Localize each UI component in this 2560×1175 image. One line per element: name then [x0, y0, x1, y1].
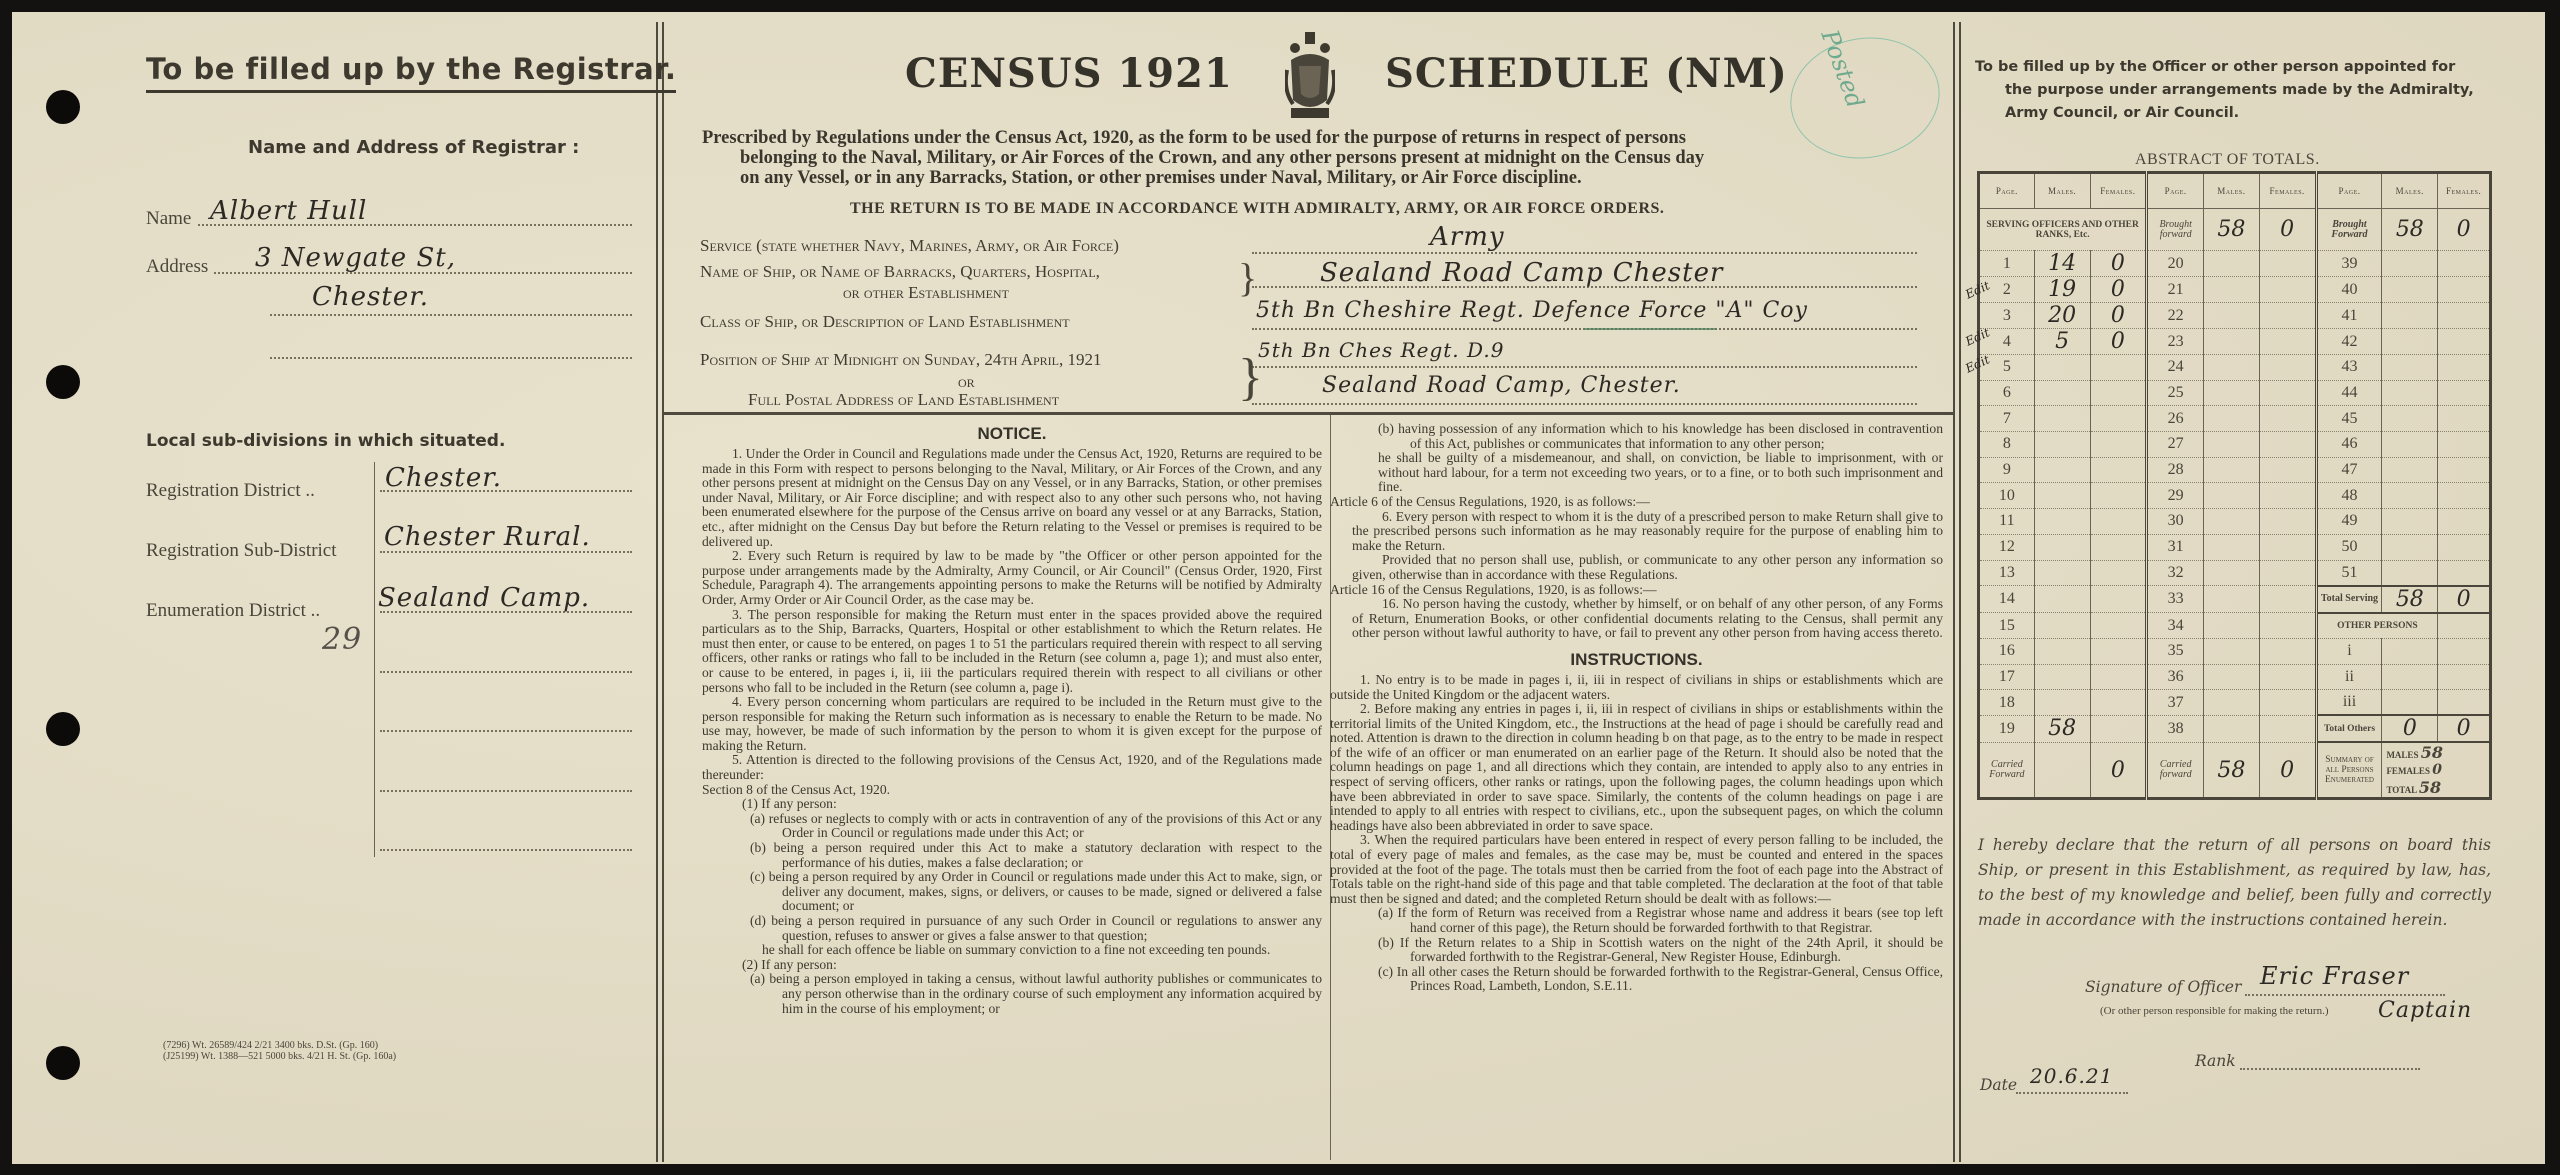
females-cell[interactable]: [2259, 534, 2316, 560]
brace: }: [1238, 352, 1263, 404]
females-cell[interactable]: [2090, 613, 2147, 639]
males-cell[interactable]: [2204, 509, 2260, 535]
males-cell[interactable]: [2382, 251, 2438, 277]
page-number: 41: [2316, 303, 2382, 329]
females-cell[interactable]: [2259, 664, 2316, 690]
males-cell[interactable]: [2204, 303, 2260, 329]
summary-males-label: MALES: [2386, 750, 2418, 760]
males-cell[interactable]: 5: [2034, 329, 2090, 355]
table-row: 133251: [1979, 560, 2491, 586]
officer-panel-heading: To be filled up by the Officer or other …: [1975, 56, 2495, 125]
other-persons-page: ii: [2316, 664, 2382, 690]
females-cell[interactable]: [2438, 355, 2491, 381]
page-number: 29: [2147, 483, 2204, 509]
page-number: 40: [2316, 277, 2382, 303]
summary-females-row: FEMALES 0: [2386, 762, 2489, 778]
females-cell[interactable]: [2090, 534, 2147, 560]
blank-field[interactable]: [380, 849, 632, 851]
females-cell[interactable]: [2090, 457, 2147, 483]
males-cell[interactable]: [2204, 715, 2260, 742]
article-text: 16. No person having the custody, whethe…: [1330, 597, 1943, 641]
instruction-subclause: (b) If the Return relates to a Ship in S…: [1330, 936, 1943, 965]
registrar-address-field-3[interactable]: [270, 357, 632, 359]
registration-district-label: Registration District ..: [146, 480, 315, 502]
column-header-page: Page.: [1979, 173, 2035, 209]
brought-forward-females[interactable]: 0: [2438, 209, 2491, 251]
date-field[interactable]: [2016, 1092, 2128, 1094]
carried-forward-row: Carried Forward0Carried forward580Summar…: [1979, 742, 2491, 799]
registration-sub-district-label: Registration Sub-District: [146, 540, 337, 562]
summary-females-label: FEMALES: [2386, 766, 2430, 776]
registrar-address-line2: Chester.: [312, 282, 429, 312]
brought-forward-males[interactable]: 58: [2204, 209, 2260, 251]
enumeration-number: 29: [322, 622, 362, 657]
article-text: 6. Every person with respect to whom it …: [1330, 510, 1943, 554]
carried-forward-males[interactable]: 58: [2204, 742, 2260, 799]
page-number: 36: [2147, 664, 2204, 690]
registration-district-value: Chester.: [385, 463, 502, 493]
instruction-paragraph: 2. Before making any entries in pages i,…: [1330, 702, 1943, 833]
prescribed-paragraph: Prescribed by Regulations under the Cens…: [690, 128, 1940, 188]
males-cell[interactable]: [2204, 380, 2260, 406]
females-cell[interactable]: 0: [2090, 277, 2147, 303]
females-cell[interactable]: [2438, 638, 2491, 664]
green-underline-mark: [1585, 322, 1715, 330]
table-row: SERVING OFFICERS AND OTHER RANKS, Etc. B…: [1979, 209, 2491, 251]
carried-forward-label: Carried forward: [2147, 742, 2204, 799]
males-cell[interactable]: [2204, 251, 2260, 277]
table-row: 1433Total Serving580: [1979, 586, 2491, 613]
officer-declaration: I hereby declare that the return of all …: [1978, 833, 2491, 933]
table-row: 72645: [1979, 406, 2491, 432]
date-label: Date: [1980, 1076, 2017, 1094]
column-divider: [656, 22, 664, 1162]
column-divider: [1953, 22, 1961, 1162]
females-cell[interactable]: [2090, 483, 2147, 509]
summary-males-value[interactable]: 58: [2421, 743, 2443, 762]
page-number: 48: [2316, 483, 2382, 509]
page-number: 49: [2316, 509, 2382, 535]
females-cell[interactable]: [2090, 586, 2147, 613]
notice-paragraph: 5. Attention is directed to the followin…: [702, 753, 1322, 782]
page-number: 51: [2316, 560, 2382, 586]
females-cell[interactable]: [2259, 277, 2316, 303]
females-cell[interactable]: [2090, 560, 2147, 586]
males-cell[interactable]: [2204, 483, 2260, 509]
females-cell[interactable]: [2090, 380, 2147, 406]
postal-address-value: Sealand Road Camp, Chester.: [1322, 373, 1681, 398]
total-others-males[interactable]: 0: [2382, 715, 2438, 742]
registrar-address-field-2[interactable]: [270, 314, 632, 316]
punch-hole: [46, 1046, 80, 1080]
prescribed-line: belonging to the Naval, Military, or Air…: [690, 148, 1940, 168]
females-cell[interactable]: [2259, 303, 2316, 329]
abstract-of-totals-table: Page. Males. Females. Page. Males. Femal…: [1977, 171, 2492, 800]
table-row: 1635i: [1979, 638, 2491, 664]
females-cell[interactable]: [2438, 534, 2491, 560]
establishment-class-label: Class of Ship, or Description of Land Es…: [700, 312, 1070, 332]
page-number: 19: [1979, 715, 2035, 742]
page-number: 27: [2147, 432, 2204, 458]
females-cell[interactable]: [2438, 664, 2491, 690]
brace: }: [1238, 258, 1257, 298]
males-cell[interactable]: [2204, 638, 2260, 664]
males-cell[interactable]: [2204, 560, 2260, 586]
males-cell[interactable]: [2034, 613, 2090, 639]
page-number: 6: [1979, 380, 2035, 406]
notice-subclause: (a) refuses or neglects to comply with o…: [702, 812, 1322, 841]
page-number: 46: [2316, 432, 2382, 458]
females-cell[interactable]: [2090, 715, 2147, 742]
males-cell[interactable]: [2204, 690, 2260, 716]
establishment-name-label-2: or other Establishment: [843, 283, 1009, 303]
registrar-panel-title: To be filled up by the Registrar.: [146, 52, 676, 93]
schedule-title: SCHEDULE (NM): [1385, 50, 1788, 97]
notice-clause: (1) If any person:: [702, 797, 1322, 812]
officer-heading-line: Army Council, or Air Council.: [1975, 102, 2495, 125]
page-number: 8: [1979, 432, 2035, 458]
males-cell[interactable]: [2382, 560, 2438, 586]
notice-penalty: he shall be guilty of a misdemeanour, an…: [1330, 451, 1943, 495]
males-cell[interactable]: [2034, 509, 2090, 535]
page-number: 47: [2316, 457, 2382, 483]
females-cell[interactable]: [2438, 303, 2491, 329]
males-cell[interactable]: [2204, 534, 2260, 560]
males-cell[interactable]: [2034, 380, 2090, 406]
table-header-row: Page. Males. Females. Page. Males. Femal…: [1979, 173, 2491, 209]
page-number: 1: [1979, 251, 2035, 277]
males-cell[interactable]: [2034, 483, 2090, 509]
males-cell[interactable]: [2382, 329, 2438, 355]
females-cell[interactable]: [2438, 509, 2491, 535]
males-cell[interactable]: [2204, 277, 2260, 303]
date-value: 20.6.21: [2030, 1064, 2113, 1088]
males-cell[interactable]: 58: [2034, 715, 2090, 742]
notice-paragraph: 4. Every person concerning whom particul…: [702, 695, 1322, 753]
page-number: 50: [2316, 534, 2382, 560]
brought-forward-males[interactable]: 58: [2382, 209, 2438, 251]
punch-hole: [46, 365, 80, 399]
summary-males-row: MALES 58: [2386, 743, 2489, 762]
page-number: 18: [1979, 690, 2035, 716]
females-cell[interactable]: [2090, 638, 2147, 664]
postal-address-field[interactable]: [1252, 403, 1917, 405]
service-label: Service (state whether Navy, Marines, Ar…: [700, 236, 1119, 256]
females-cell[interactable]: [2259, 715, 2316, 742]
page-number: 33: [2147, 586, 2204, 613]
rank-field[interactable]: [2240, 1068, 2420, 1070]
page-number: 30: [2147, 509, 2204, 535]
males-cell[interactable]: [2382, 277, 2438, 303]
males-cell[interactable]: [2034, 560, 2090, 586]
rank-label: Rank: [2195, 1052, 2236, 1070]
notice-section-heading: Section 8 of the Census Act, 1920.: [702, 783, 1322, 798]
females-cell[interactable]: [2090, 432, 2147, 458]
females-cell[interactable]: [2090, 509, 2147, 535]
ship-position-field[interactable]: [1252, 366, 1917, 368]
page-number: 12: [1979, 534, 2035, 560]
service-value: Army: [1430, 222, 1505, 252]
females-cell[interactable]: [2090, 355, 2147, 381]
summary-females-value[interactable]: 0: [2432, 762, 2442, 778]
blank-field[interactable]: [380, 730, 632, 732]
females-cell[interactable]: [2259, 329, 2316, 355]
article-proviso: Provided that no person shall use, publi…: [1330, 553, 1943, 582]
column-header-page: Page.: [2147, 173, 2204, 209]
column-header-males: Males.: [2382, 173, 2438, 209]
females-cell[interactable]: [2438, 483, 2491, 509]
males-cell[interactable]: [2204, 457, 2260, 483]
page-number: 31: [2147, 534, 2204, 560]
column-header-females: Females.: [2259, 173, 2316, 209]
column-header-females: Females.: [2438, 173, 2491, 209]
service-field[interactable]: [1252, 252, 1917, 254]
carried-forward-females[interactable]: 0: [2259, 742, 2316, 799]
males-cell[interactable]: [2034, 457, 2090, 483]
notice-paragraph: 2. Every such Return is required by law …: [702, 549, 1322, 607]
other-persons-page: iii: [2316, 690, 2382, 716]
other-persons-label: OTHER PERSONS: [2316, 613, 2438, 639]
males-cell[interactable]: [2204, 586, 2260, 613]
notice-penalty: he shall for each offence be liable on s…: [702, 943, 1322, 958]
males-cell[interactable]: [2382, 380, 2438, 406]
page-number: 7: [1979, 406, 2035, 432]
notice-subclause: (b) being a person required under this A…: [702, 841, 1322, 870]
summary-total-row: TOTAL 58: [2386, 778, 2489, 797]
page-number: 44: [2316, 380, 2382, 406]
prescribed-line: on any Vessel, or in any Barracks, Stati…: [690, 168, 1940, 188]
females-cell[interactable]: [2090, 664, 2147, 690]
females-cell[interactable]: 0: [2090, 329, 2147, 355]
females-cell[interactable]: [2259, 509, 2316, 535]
males-cell[interactable]: [2204, 613, 2260, 639]
signature-value: Eric Fraser: [2260, 962, 2409, 990]
page-number: 25: [2147, 380, 2204, 406]
males-cell[interactable]: [2034, 664, 2090, 690]
prescribed-line: Prescribed by Regulations under the Cens…: [690, 128, 1940, 148]
males-cell[interactable]: [2382, 355, 2438, 381]
instruction-subclause: (a) If the form of Return was received f…: [1330, 906, 1943, 935]
females-cell[interactable]: [2438, 406, 2491, 432]
males-cell[interactable]: [2382, 303, 2438, 329]
column-header-females: Females.: [2090, 173, 2147, 209]
females-cell[interactable]: [2259, 251, 2316, 277]
males-cell[interactable]: 14: [2034, 251, 2090, 277]
males-cell[interactable]: [2204, 432, 2260, 458]
females-cell[interactable]: [2438, 432, 2491, 458]
serving-officers-label: SERVING OFFICERS AND OTHER RANKS, Etc.: [1979, 209, 2147, 251]
page-number: 26: [2147, 406, 2204, 432]
females-cell[interactable]: [2259, 483, 2316, 509]
page-number: 22: [2147, 303, 2204, 329]
printer-imprint-line: (J25199) Wt. 1388—521 5000 bks. 4/21 H. …: [163, 1051, 396, 1062]
carried-forward-label: Carried Forward: [1979, 742, 2035, 799]
printer-imprint-line: (7296) Wt. 26589/424 2/21 3400 bks. D.St…: [163, 1040, 396, 1051]
page-number: 20: [2147, 251, 2204, 277]
females-cell[interactable]: [2259, 457, 2316, 483]
females-cell[interactable]: [2438, 277, 2491, 303]
brought-forward-label: Brought forward: [2147, 209, 2204, 251]
registrar-name-value: Albert Hull: [210, 196, 367, 226]
registration-sub-district-value: Chester Rural.: [384, 522, 591, 552]
page-number: 37: [2147, 690, 2204, 716]
females-cell[interactable]: [2259, 690, 2316, 716]
total-serving-label: Total Serving: [2316, 586, 2382, 613]
officer-heading-line: To be filled up by the Officer or other …: [1975, 56, 2495, 79]
abstract-of-totals-title: ABSTRACT OF TOTALS.: [2135, 151, 2320, 169]
females-cell[interactable]: [2259, 380, 2316, 406]
females-cell[interactable]: [2438, 251, 2491, 277]
establishment-class-value: 5th Bn Cheshire Regt. Defence Force "A" …: [1256, 298, 1808, 323]
page-number: 14: [1979, 586, 2035, 613]
article-heading: Article 6 of the Census Regulations, 192…: [1330, 495, 1943, 510]
females-cell[interactable]: 0: [2090, 303, 2147, 329]
females-cell[interactable]: [2259, 638, 2316, 664]
rank-value: Captain: [2378, 998, 2472, 1023]
males-cell[interactable]: [2204, 329, 2260, 355]
table-row: 1837iii: [1979, 690, 2491, 716]
page-number: 16: [1979, 638, 2035, 664]
brought-forward-label: Brought Forward: [2316, 209, 2382, 251]
females-cell[interactable]: [2259, 586, 2316, 613]
local-subdivisions-heading: Local sub-divisions in which situated.: [146, 431, 505, 451]
page-number: 32: [2147, 560, 2204, 586]
total-serving-males[interactable]: 58: [2382, 586, 2438, 613]
females-cell[interactable]: [2259, 613, 2316, 639]
punch-hole: [46, 712, 80, 746]
page-number: 35: [2147, 638, 2204, 664]
table-row: 82746: [1979, 432, 2491, 458]
males-cell[interactable]: [2034, 406, 2090, 432]
females-cell[interactable]: [2438, 380, 2491, 406]
notice-paragraph: 1. Under the Order in Council and Regula…: [702, 447, 1322, 549]
blank-field[interactable]: [380, 790, 632, 792]
males-cell[interactable]: [2382, 406, 2438, 432]
males-cell[interactable]: [2204, 406, 2260, 432]
instruction-paragraph: 1. No entry is to be made in pages i, ii…: [1330, 673, 1943, 702]
females-cell[interactable]: [2090, 406, 2147, 432]
summary-values: MALES 58FEMALES 0TOTAL 58: [2382, 742, 2491, 799]
signature-label: Signature of Officer: [2085, 978, 2241, 996]
table-row: 113049: [1979, 509, 2491, 535]
table-row: 195838Total Others00: [1979, 715, 2491, 742]
females-cell[interactable]: [2438, 457, 2491, 483]
other-persons-page: i: [2316, 638, 2382, 664]
females-cell[interactable]: [2438, 690, 2491, 716]
carried-forward-males[interactable]: [2034, 742, 2090, 799]
females-cell[interactable]: 0: [2090, 251, 2147, 277]
males-cell[interactable]: [2034, 534, 2090, 560]
instruction-paragraph: 3. When the required particulars have be…: [1330, 833, 1943, 906]
females-cell[interactable]: [2259, 432, 2316, 458]
page-number: 34: [2147, 613, 2204, 639]
carried-forward-females[interactable]: 0: [2090, 742, 2147, 799]
table-row: 21902140: [1979, 277, 2491, 303]
page-number: 45: [2316, 406, 2382, 432]
males-cell[interactable]: [2382, 638, 2438, 664]
royal-coat-of-arms-icon: [1285, 30, 1335, 122]
females-cell[interactable]: [2259, 355, 2316, 381]
total-others-females[interactable]: 0: [2438, 715, 2491, 742]
males-cell[interactable]: [2034, 586, 2090, 613]
establishment-name-label: Name of Ship, or Name of Barracks, Quart…: [700, 262, 1100, 282]
males-cell[interactable]: [2382, 457, 2438, 483]
instruction-subclause: (c) In all other cases the Return should…: [1330, 965, 1943, 994]
page-number: 24: [2147, 355, 2204, 381]
notice-subclause: (a) being a person employed in taking a …: [702, 972, 1322, 1016]
males-cell[interactable]: [2382, 534, 2438, 560]
registrar-column-rule: [374, 462, 375, 857]
blank-field[interactable]: [380, 671, 632, 673]
registrar-name-label: Name: [146, 208, 191, 230]
males-cell[interactable]: 20: [2034, 303, 2090, 329]
males-cell[interactable]: [2204, 355, 2260, 381]
females-cell[interactable]: [2438, 560, 2491, 586]
summary-total-label: TOTAL: [2386, 785, 2416, 795]
males-cell[interactable]: [2382, 483, 2438, 509]
registrar-name-address-heading: Name and Address of Registrar :: [248, 137, 579, 158]
females-cell[interactable]: [2259, 560, 2316, 586]
page-number: 21: [2147, 277, 2204, 303]
page-number: 23: [2147, 329, 2204, 355]
females-cell[interactable]: [2090, 690, 2147, 716]
page-number: 43: [2316, 355, 2382, 381]
males-cell[interactable]: [2034, 690, 2090, 716]
page-number: 39: [2316, 251, 2382, 277]
page-number: 10: [1979, 483, 2035, 509]
females-cell[interactable]: [2259, 406, 2316, 432]
notice-heading: NOTICE.: [702, 423, 1322, 445]
males-cell[interactable]: [2382, 432, 2438, 458]
officer-heading-line: the purpose under arrangements made by t…: [1975, 79, 2495, 102]
table-row: 62544: [1979, 380, 2491, 406]
males-cell[interactable]: [2382, 664, 2438, 690]
column-header-males: Males.: [2034, 173, 2090, 209]
establishment-name-value: Sealand Road Camp Chester: [1320, 258, 1723, 288]
enumeration-district-value: Sealand Camp.: [378, 583, 590, 613]
males-cell[interactable]: [2034, 355, 2090, 381]
males-cell[interactable]: [2382, 690, 2438, 716]
signature-field[interactable]: [2245, 994, 2445, 996]
males-cell[interactable]: [2034, 638, 2090, 664]
instructions-heading: INSTRUCTIONS.: [1330, 649, 1943, 671]
males-cell[interactable]: 19: [2034, 277, 2090, 303]
notice-column-left: NOTICE. 1. Under the Order in Council an…: [702, 420, 1322, 1016]
total-serving-females[interactable]: 0: [2438, 586, 2491, 613]
column-header-page: Page.: [2316, 173, 2382, 209]
notice-subclause: (c) being a person required by any Order…: [702, 870, 1322, 914]
females-cell[interactable]: [2438, 329, 2491, 355]
printer-imprint: (7296) Wt. 26589/424 2/21 3400 bks. D.St…: [163, 1040, 396, 1062]
registrar-address-line1: 3 Newgate St,: [255, 243, 456, 273]
page-number: 38: [2147, 715, 2204, 742]
page-number: 13: [1979, 560, 2035, 586]
brought-forward-females[interactable]: 0: [2259, 209, 2316, 251]
summary-total-value[interactable]: 58: [2419, 778, 2441, 797]
males-cell[interactable]: [2034, 432, 2090, 458]
postal-address-label: Full Postal Address of Land Establishmen…: [748, 390, 1059, 410]
notice-column-right: (b) having possession of any information…: [1330, 422, 1943, 994]
males-cell[interactable]: [2382, 509, 2438, 535]
notice-paragraph: 3. The person responsible for making the…: [702, 608, 1322, 696]
ship-position-label: Position of Ship at Midnight on Sunday, …: [700, 350, 1101, 370]
table-row: 52443: [1979, 355, 2491, 381]
table-row: 1534OTHER PERSONS: [1979, 613, 2491, 639]
males-cell[interactable]: [2204, 664, 2260, 690]
table-row: 4502342: [1979, 329, 2491, 355]
summary-label: Summary of all Persons Enumerated: [2316, 742, 2382, 799]
females-cell[interactable]: [2438, 613, 2491, 639]
